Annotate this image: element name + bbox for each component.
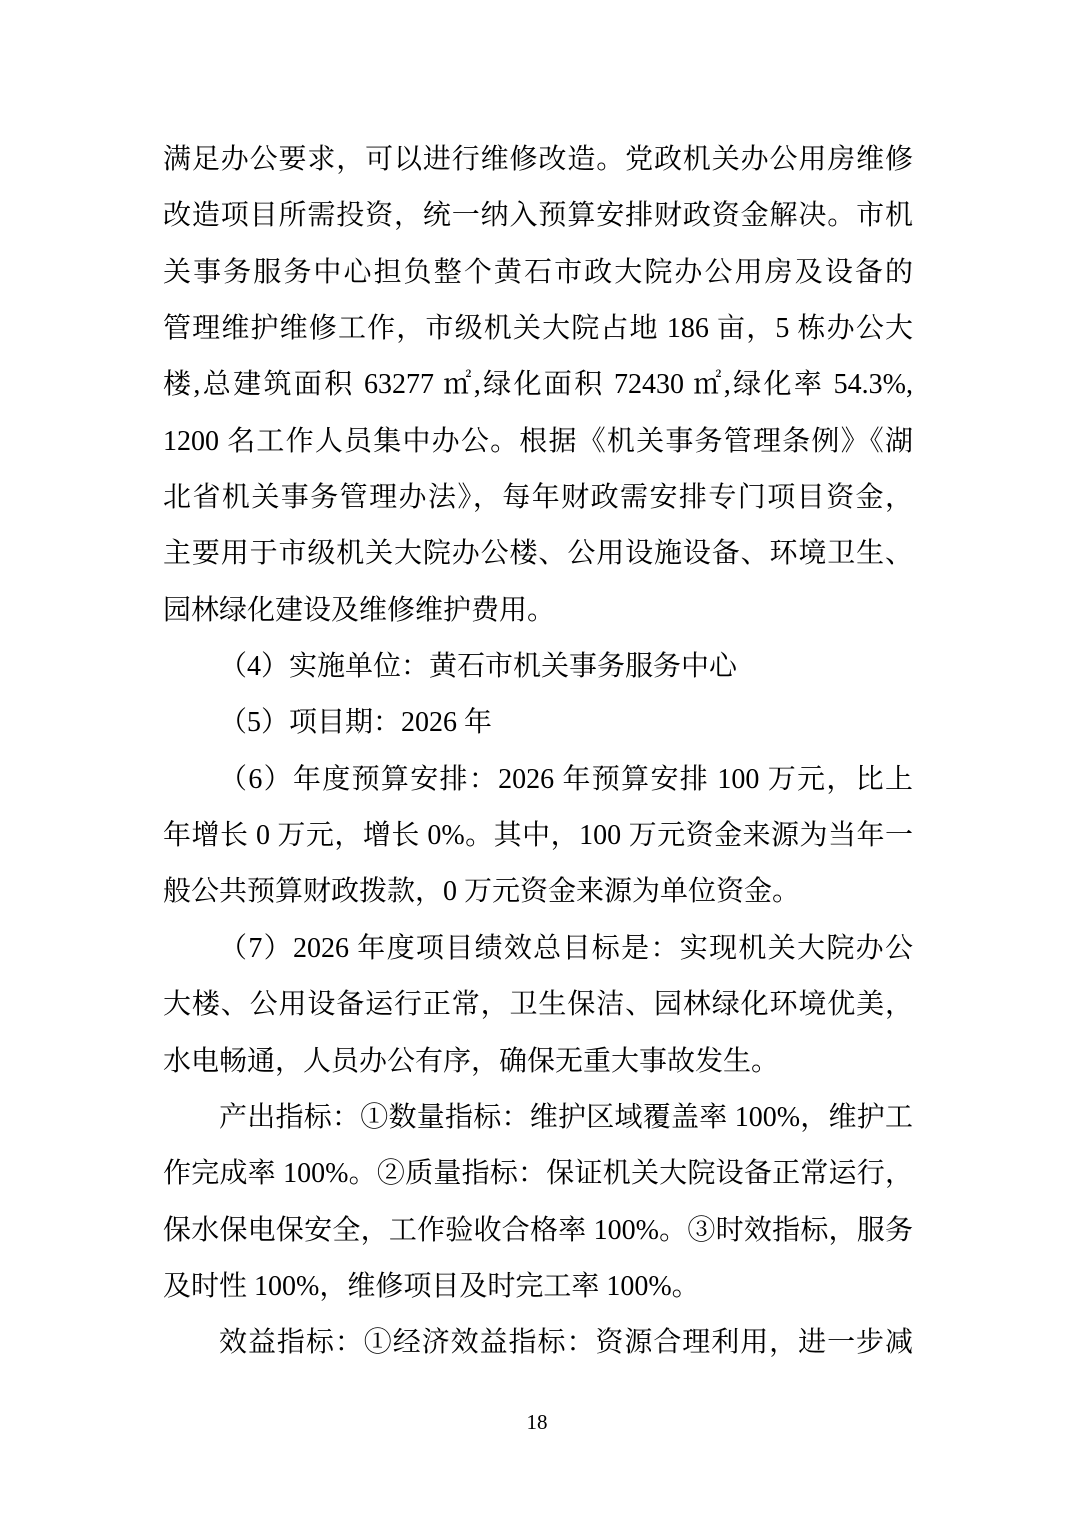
text-line: 水电畅通，人员办公有序，确保无重大事故发生。 bbox=[163, 1034, 913, 1090]
text-line: 管理维护维修工作，市级机关大院占地 186 亩，5 栋办公大 bbox=[163, 301, 913, 357]
text-line: 主要用于市级机关大院办公楼、公用设施设备、环境卫生、 bbox=[163, 526, 913, 582]
text-line: 产出指标：①数量指标：维护区域覆盖率 100%，维护工 bbox=[163, 1090, 913, 1146]
text-line: 及时性 100%，维修项目及时完工率 100%。 bbox=[163, 1259, 913, 1315]
text-line: 园林绿化建设及维修维护费用。 bbox=[163, 583, 913, 639]
document-page: 满足办公要求，可以进行维修改造。党政机关办公用房维修改造项目所需投资，统一纳入预… bbox=[0, 0, 1074, 1520]
text-line: （6）年度预算安排：2026 年预算安排 100 万元，比上 bbox=[163, 752, 913, 808]
text-line: （7）2026 年度项目绩效总目标是：实现机关大院办公 bbox=[163, 921, 913, 977]
text-line: 楼,总建筑面积 63277 ㎡,绿化面积 72430 ㎡,绿化率 54.3%, bbox=[163, 357, 913, 413]
text-line: 年增长 0 万元，增长 0%。其中，100 万元资金来源为当年一 bbox=[163, 808, 913, 864]
text-line: 保水保电保安全，工作验收合格率 100%。③时效指标，服务 bbox=[163, 1203, 913, 1259]
text-line: 作完成率 100%。②质量指标：保证机关大院设备正常运行， bbox=[163, 1146, 913, 1202]
text-line: 关事务服务中心担负整个黄石市政大院办公用房及设备的 bbox=[163, 245, 913, 301]
text-line: 满足办公要求，可以进行维修改造。党政机关办公用房维修 bbox=[163, 132, 913, 188]
text-line: 效益指标：①经济效益指标：资源合理利用，进一步减 bbox=[163, 1315, 913, 1371]
text-line: 改造项目所需投资，统一纳入预算安排财政资金解决。市机 bbox=[163, 188, 913, 244]
text-line: （4）实施单位：黄石市机关事务服务中心 bbox=[163, 639, 913, 695]
text-line: 般公共预算财政拨款，0 万元资金来源为单位资金。 bbox=[163, 864, 913, 920]
page-number: 18 bbox=[0, 1409, 1074, 1435]
text-line: 北省机关事务管理办法》，每年财政需安排专门项目资金， bbox=[163, 470, 913, 526]
document-body: 满足办公要求，可以进行维修改造。党政机关办公用房维修改造项目所需投资，统一纳入预… bbox=[163, 132, 913, 1372]
text-line: 1200 名工作人员集中办公。根据《机关事务管理条例》《湖 bbox=[163, 414, 913, 470]
text-line: 大楼、公用设备运行正常，卫生保洁、园林绿化环境优美， bbox=[163, 977, 913, 1033]
text-line: （5）项目期：2026 年 bbox=[163, 695, 913, 751]
